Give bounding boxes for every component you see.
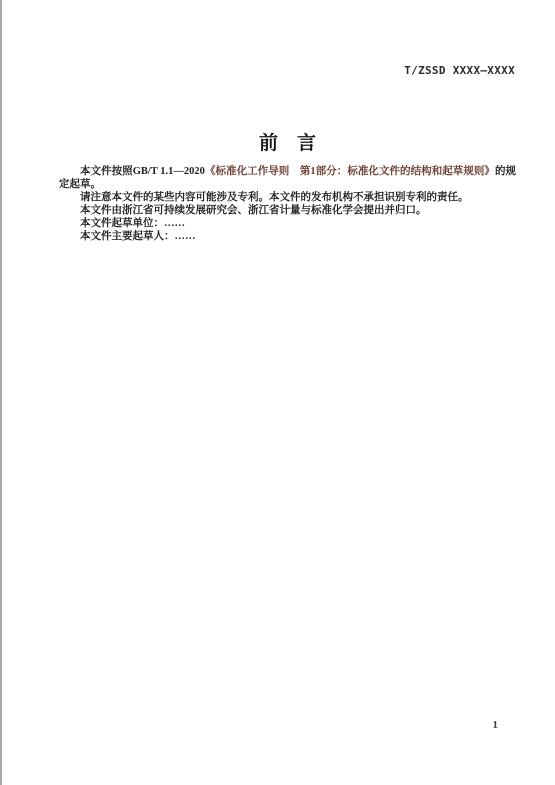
paragraph-proposing-body: 本文件由浙江省可持续发展研究会、浙江省计量与标准化学会提出并归口。 [59,204,516,217]
foreword-body: 本文件按照GB/T 1.1—2020《标准化工作导则 第1部分：标准化文件的结构… [59,165,516,243]
paragraph-drafting-unit: 本文件起草单位：…… [59,217,516,230]
standard-doc-code: T/ZSSD XXXX—XXXX [404,64,515,77]
paragraph-main-drafters: 本文件主要起草人：…… [59,230,516,243]
paragraph-drafting-basis: 本文件按照GB/T 1.1—2020《标准化工作导则 第1部分：标准化文件的结构… [59,165,516,191]
foreword-title: 前 言 [59,128,516,155]
page-number: 1 [493,719,499,731]
referenced-standard-title: 《标准化工作导则 第1部分：标准化文件的结构和起草规则》 [205,166,495,177]
document-page: T/ZSSD XXXX—XXXX 前 言 本文件按照GB/T 1.1—2020《… [0,0,555,785]
paragraph-drafting-basis-pre: 本文件按照GB/T 1.1—2020 [80,166,205,177]
paragraph-patent-notice: 请注意本文件的某些内容可能涉及专利。本文件的发布机构不承担识别专利的责任。 [59,191,516,204]
